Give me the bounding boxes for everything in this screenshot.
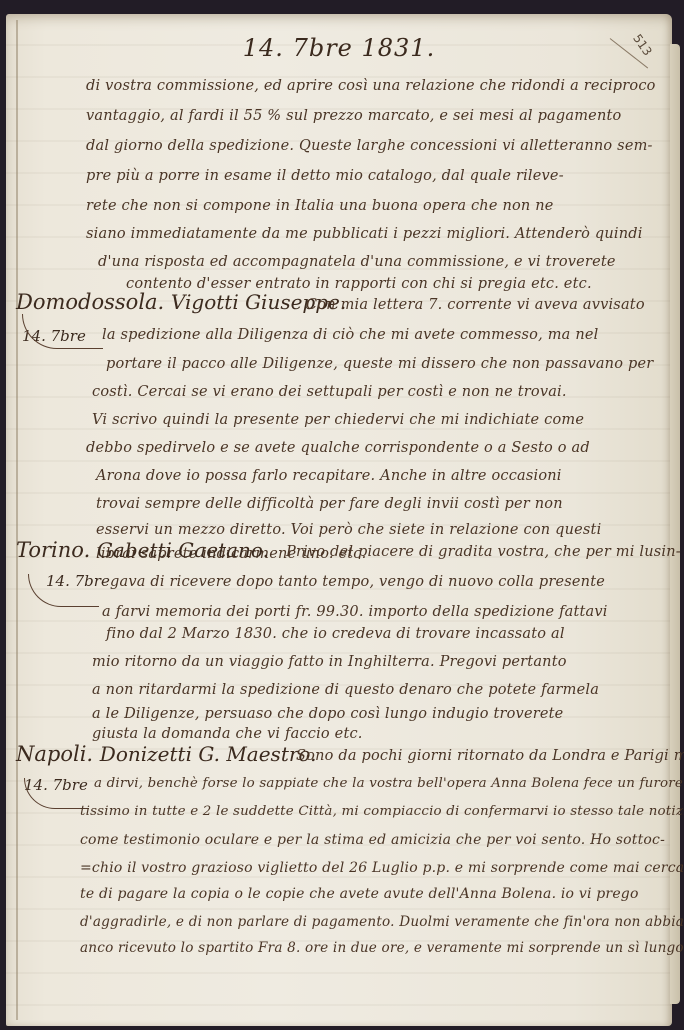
entry-place-napoli: Napoli. Donizetti G. Maestro. bbox=[16, 742, 316, 766]
entry-correspondent: Donizetti G. Maestro. bbox=[100, 742, 317, 766]
letter-line: Con mia lettera 7. corrente vi aveva avv… bbox=[306, 297, 645, 313]
letter-line: =chio il vostro grazioso viglietto del 2… bbox=[80, 860, 684, 876]
letter-line: tissimo in tutte e 2 le suddette Città, … bbox=[80, 804, 684, 819]
letter-line: la spedizione alla Diligenza di ciò che … bbox=[102, 327, 598, 343]
entry-place: Napoli. bbox=[16, 742, 93, 766]
continuation-line: siano immediatamente da me pubblicati i … bbox=[86, 226, 643, 242]
scanned-manuscript-page: 513 14. 7bre 1831. di vostra commissione… bbox=[0, 0, 684, 1030]
margin-flourish bbox=[28, 574, 99, 607]
continuation-line: dal giorno della spedizione. Queste larg… bbox=[86, 138, 653, 154]
date-heading: 14. 7bre 1831. bbox=[6, 34, 672, 62]
letter-line: Sono da pochi giorni ritornato da Londra… bbox=[296, 748, 684, 764]
letter-line: mio ritorno da un viaggio fatto in Inghi… bbox=[92, 654, 567, 670]
letter-line: Arona dove io possa farlo recapitare. An… bbox=[96, 468, 562, 484]
continuation-line: d'una risposta ed accompagnatela d'una c… bbox=[98, 254, 616, 270]
letter-line: gava di ricevere dopo tanto tempo, vengo… bbox=[110, 574, 605, 590]
binding-margin-line bbox=[16, 20, 18, 1020]
letter-line: Privo del piacere di gradita vostra, che… bbox=[286, 544, 681, 560]
letter-line: a farvi memoria dei porti fr. 99.30. imp… bbox=[102, 604, 608, 620]
continuation-line: pre più a porre in esame il detto mio ca… bbox=[86, 168, 564, 184]
letter-line: portare il pacco alle Diligenze, queste … bbox=[106, 356, 653, 372]
entry-place-torino: Torino. Gabetti Gaetano. bbox=[16, 538, 269, 562]
letter-line: costì. Cercai se vi erano dei settupali … bbox=[92, 384, 567, 400]
continuation-line: vantaggio, al fardi il 55 % sul prezzo m… bbox=[86, 108, 621, 124]
letter-line: come testimonio oculare e per la stima e… bbox=[80, 832, 665, 848]
letter-line: a non ritardarmi la spedizione di questo… bbox=[92, 682, 599, 698]
continuation-line: di vostra commissione, ed aprire così un… bbox=[86, 78, 656, 94]
letter-line: trovai sempre delle difficoltà per fare … bbox=[96, 496, 563, 512]
entry-place: Domodossola. bbox=[16, 290, 164, 314]
letter-line: anco ricevuto lo spartito Fra 8. ore in … bbox=[80, 940, 684, 956]
letter-line: a dirvi, benchè forse lo sappiate che la… bbox=[94, 776, 683, 791]
entry-correspondent: Gabetti Gaetano. bbox=[97, 538, 269, 562]
entry-place-domodossola: Domodossola. Vigotti Giuseppe. bbox=[16, 290, 346, 314]
letter-line: fino dal 2 Marzo 1830. che io credeva di… bbox=[106, 626, 565, 642]
letter-line: te di pagare la copia o le copie che ave… bbox=[80, 886, 639, 902]
paper-page: 513 14. 7bre 1831. di vostra commissione… bbox=[6, 14, 672, 1026]
letter-line: d'aggradirle, e di non parlare di pagame… bbox=[80, 914, 684, 930]
letter-line: esservi un mezzo diretto. Voi però che s… bbox=[96, 522, 601, 538]
letter-line: debbo spedirvelo e se avete qualche corr… bbox=[86, 440, 590, 456]
entry-place: Torino. bbox=[16, 538, 90, 562]
letter-line: giusta la domanda che vi faccio etc. bbox=[92, 726, 363, 742]
letter-line: Vi scrivo quindi la presente per chieder… bbox=[92, 412, 584, 428]
continuation-line: rete che non si compone in Italia una bu… bbox=[86, 198, 554, 214]
letter-line: a le Diligenze, persuaso che dopo così l… bbox=[92, 706, 563, 722]
